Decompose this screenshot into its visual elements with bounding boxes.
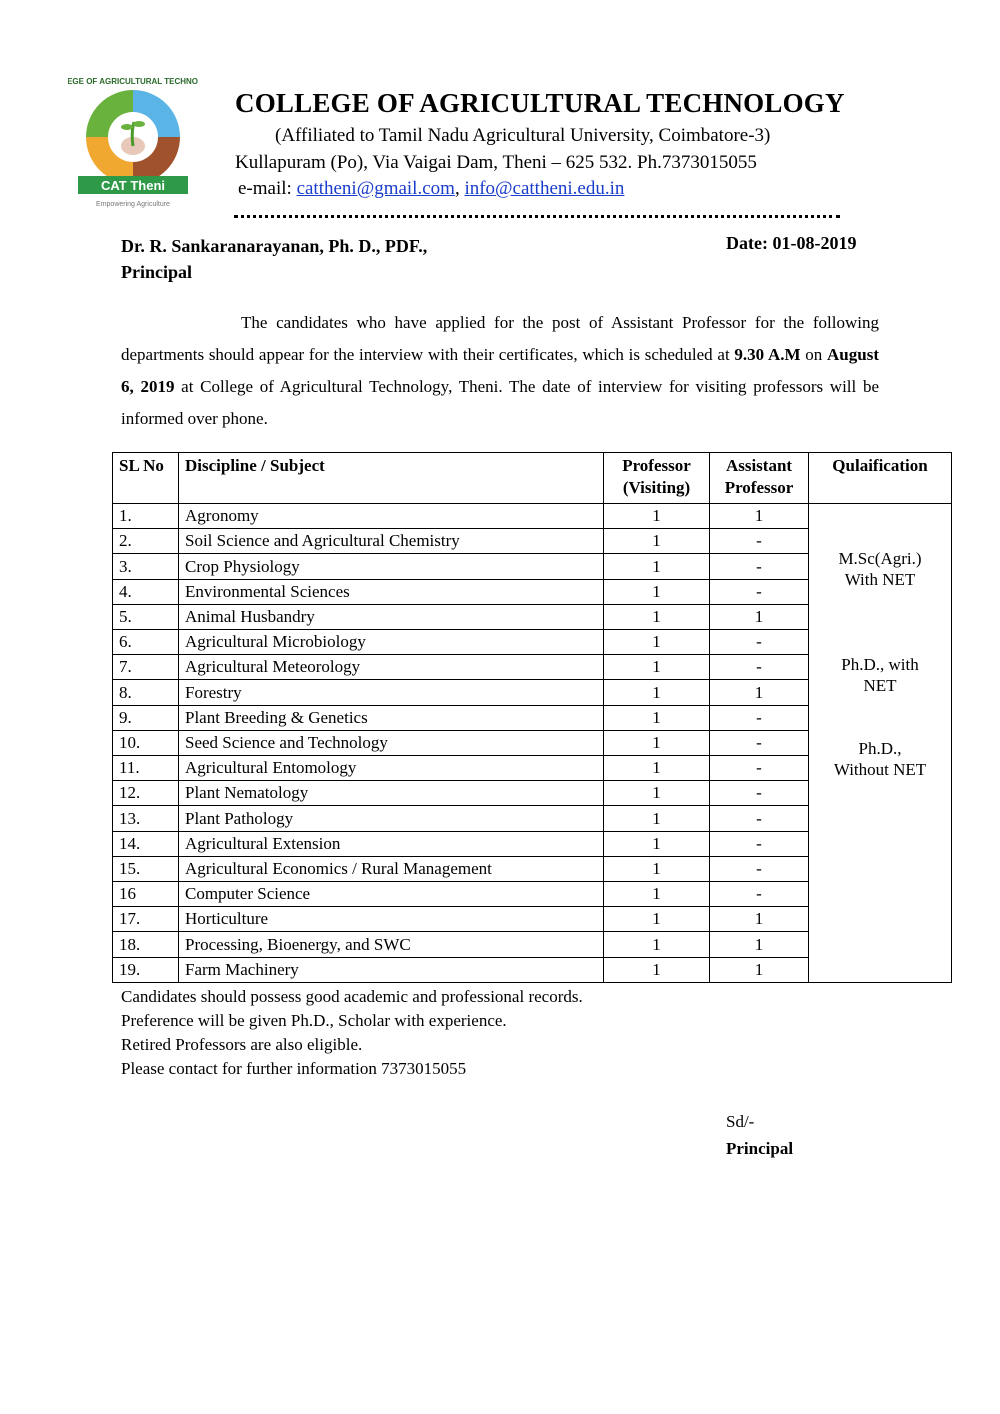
header-professor: Professor (Visiting) bbox=[604, 453, 710, 504]
sl-cell: 5. bbox=[113, 604, 179, 629]
qualification-cell: M.Sc(Agri.)With NETPh.D., withNETPh.D.,W… bbox=[809, 504, 952, 983]
sender-name: Dr. R. Sankaranarayanan, Ph. D., PDF., bbox=[121, 233, 427, 259]
assistant-count-cell: - bbox=[710, 831, 809, 856]
assistant-count-cell: 1 bbox=[710, 604, 809, 629]
table-row: 1.Agronomy11M.Sc(Agri.)With NETPh.D., wi… bbox=[113, 504, 952, 529]
professor-count-cell: 1 bbox=[604, 630, 710, 655]
assistant-count-cell: 1 bbox=[710, 957, 809, 982]
subject-cell: Agricultural Extension bbox=[179, 831, 604, 856]
subject-cell: Forestry bbox=[179, 680, 604, 705]
assistant-count-cell: 1 bbox=[710, 907, 809, 932]
professor-count-cell: 1 bbox=[604, 579, 710, 604]
sl-cell: 13. bbox=[113, 806, 179, 831]
notes-block: Candidates should possess good academic … bbox=[121, 985, 583, 1081]
professor-count-cell: 1 bbox=[604, 932, 710, 957]
note-item: Please contact for further information 7… bbox=[121, 1057, 583, 1081]
sl-cell: 4. bbox=[113, 579, 179, 604]
sender-role: Principal bbox=[121, 259, 427, 285]
professor-count-cell: 1 bbox=[604, 680, 710, 705]
sl-cell: 12. bbox=[113, 781, 179, 806]
table-header-row: SL No Discipline / Subject Professor (Vi… bbox=[113, 453, 952, 504]
professor-count-cell: 1 bbox=[604, 604, 710, 629]
subject-cell: Agricultural Microbiology bbox=[179, 630, 604, 655]
subject-cell: Agricultural Entomology bbox=[179, 756, 604, 781]
sl-cell: 6. bbox=[113, 630, 179, 655]
sl-cell: 16 bbox=[113, 882, 179, 907]
sl-cell: 9. bbox=[113, 705, 179, 730]
logo-badge: CAT Theni bbox=[101, 178, 165, 193]
letterhead-divider bbox=[234, 205, 840, 218]
subject-cell: Agronomy bbox=[179, 504, 604, 529]
professor-count-cell: 1 bbox=[604, 831, 710, 856]
email-separator: , bbox=[455, 178, 465, 199]
subject-cell: Soil Science and Agricultural Chemistry bbox=[179, 529, 604, 554]
note-item: Candidates should possess good academic … bbox=[121, 985, 583, 1009]
subject-cell: Plant Pathology bbox=[179, 806, 604, 831]
signature-title: Principal bbox=[726, 1135, 793, 1162]
sl-cell: 3. bbox=[113, 554, 179, 579]
assistant-count-cell: - bbox=[710, 630, 809, 655]
subject-cell: Plant Nematology bbox=[179, 781, 604, 806]
college-logo: COLLEGE OF AGRICULTURAL TECHNOLOGY CAT T… bbox=[68, 72, 198, 212]
affiliation: (Affiliated to Tamil Nadu Agricultural U… bbox=[275, 125, 770, 147]
logo-tagline: Empowering Agriculture bbox=[96, 201, 170, 208]
paragraph-text-3: at College of Agricultural Technology, T… bbox=[121, 377, 879, 428]
note-item: Retired Professors are also eligible. bbox=[121, 1033, 583, 1057]
assistant-count-cell: 1 bbox=[710, 932, 809, 957]
subject-cell: Environmental Sciences bbox=[179, 579, 604, 604]
professor-count-cell: 1 bbox=[604, 730, 710, 755]
subject-cell: Processing, Bioenergy, and SWC bbox=[179, 932, 604, 957]
assistant-count-cell: - bbox=[710, 529, 809, 554]
sl-cell: 1. bbox=[113, 504, 179, 529]
interview-time: 9.30 A.M bbox=[734, 345, 800, 364]
professor-count-cell: 1 bbox=[604, 882, 710, 907]
assistant-count-cell: 1 bbox=[710, 504, 809, 529]
signature-block: Sd/- Principal bbox=[726, 1108, 793, 1162]
professor-count-cell: 1 bbox=[604, 705, 710, 730]
note-item: Preference will be given Ph.D., Scholar … bbox=[121, 1009, 583, 1033]
assistant-count-cell: - bbox=[710, 579, 809, 604]
vacancy-table: SL No Discipline / Subject Professor (Vi… bbox=[112, 452, 952, 983]
subject-cell: Seed Science and Technology bbox=[179, 730, 604, 755]
email-link-college[interactable]: info@cattheni.edu.in bbox=[464, 178, 624, 199]
email-line: e-mail: cattheni@gmail.com, info@catthen… bbox=[238, 178, 624, 200]
professor-count-cell: 1 bbox=[604, 856, 710, 881]
sl-cell: 19. bbox=[113, 957, 179, 982]
professor-count-cell: 1 bbox=[604, 554, 710, 579]
subject-cell: Animal Husbandry bbox=[179, 604, 604, 629]
assistant-count-cell: - bbox=[710, 806, 809, 831]
signature-sd: Sd/- bbox=[726, 1108, 793, 1135]
subject-cell: Farm Machinery bbox=[179, 957, 604, 982]
email-link-gmail[interactable]: cattheni@gmail.com bbox=[297, 178, 455, 199]
subject-cell: Crop Physiology bbox=[179, 554, 604, 579]
professor-count-cell: 1 bbox=[604, 756, 710, 781]
subject-cell: Agricultural Economics / Rural Managemen… bbox=[179, 856, 604, 881]
college-title: COLLEGE OF AGRICULTURAL TECHNOLOGY bbox=[235, 88, 845, 119]
assistant-count-cell: - bbox=[710, 705, 809, 730]
qualification-text: M.Sc(Agri.)With NET bbox=[809, 548, 951, 590]
email-label: e-mail: bbox=[238, 178, 297, 199]
sl-cell: 14. bbox=[113, 831, 179, 856]
header-subject: Discipline / Subject bbox=[179, 453, 604, 504]
assistant-count-cell: 1 bbox=[710, 680, 809, 705]
header-qualification: Qulaification bbox=[809, 453, 952, 504]
assistant-count-cell: - bbox=[710, 655, 809, 680]
subject-cell: Plant Breeding & Genetics bbox=[179, 705, 604, 730]
subject-cell: Computer Science bbox=[179, 882, 604, 907]
address: Kullapuram (Po), Via Vaigai Dam, Theni –… bbox=[235, 152, 757, 174]
professor-count-cell: 1 bbox=[604, 957, 710, 982]
sl-cell: 7. bbox=[113, 655, 179, 680]
professor-count-cell: 1 bbox=[604, 907, 710, 932]
header-assistant: Assistant Professor bbox=[710, 453, 809, 504]
professor-count-cell: 1 bbox=[604, 806, 710, 831]
assistant-count-cell: - bbox=[710, 730, 809, 755]
letter-date: Date: 01-08-2019 bbox=[726, 233, 856, 254]
qualification-text: Ph.D.,Without NET bbox=[809, 738, 951, 780]
sl-cell: 18. bbox=[113, 932, 179, 957]
notice-paragraph: The candidates who have applied for the … bbox=[121, 307, 879, 435]
logo-arc-text: COLLEGE OF AGRICULTURAL TECHNOLOGY bbox=[68, 77, 198, 86]
assistant-count-cell: - bbox=[710, 781, 809, 806]
sl-cell: 15. bbox=[113, 856, 179, 881]
subject-cell: Agricultural Meteorology bbox=[179, 655, 604, 680]
subject-cell: Horticulture bbox=[179, 907, 604, 932]
sender-block: Dr. R. Sankaranarayanan, Ph. D., PDF., P… bbox=[121, 233, 427, 285]
professor-count-cell: 1 bbox=[604, 504, 710, 529]
professor-count-cell: 1 bbox=[604, 655, 710, 680]
professor-count-cell: 1 bbox=[604, 529, 710, 554]
assistant-count-cell: - bbox=[710, 554, 809, 579]
assistant-count-cell: - bbox=[710, 856, 809, 881]
qualification-text: Ph.D., withNET bbox=[809, 654, 951, 696]
assistant-count-cell: - bbox=[710, 756, 809, 781]
header-sl-no: SL No bbox=[113, 453, 179, 504]
sl-cell: 8. bbox=[113, 680, 179, 705]
sl-cell: 11. bbox=[113, 756, 179, 781]
paragraph-text-2: on bbox=[801, 345, 827, 364]
sl-cell: 17. bbox=[113, 907, 179, 932]
sl-cell: 10. bbox=[113, 730, 179, 755]
assistant-count-cell: - bbox=[710, 882, 809, 907]
professor-count-cell: 1 bbox=[604, 781, 710, 806]
sl-cell: 2. bbox=[113, 529, 179, 554]
